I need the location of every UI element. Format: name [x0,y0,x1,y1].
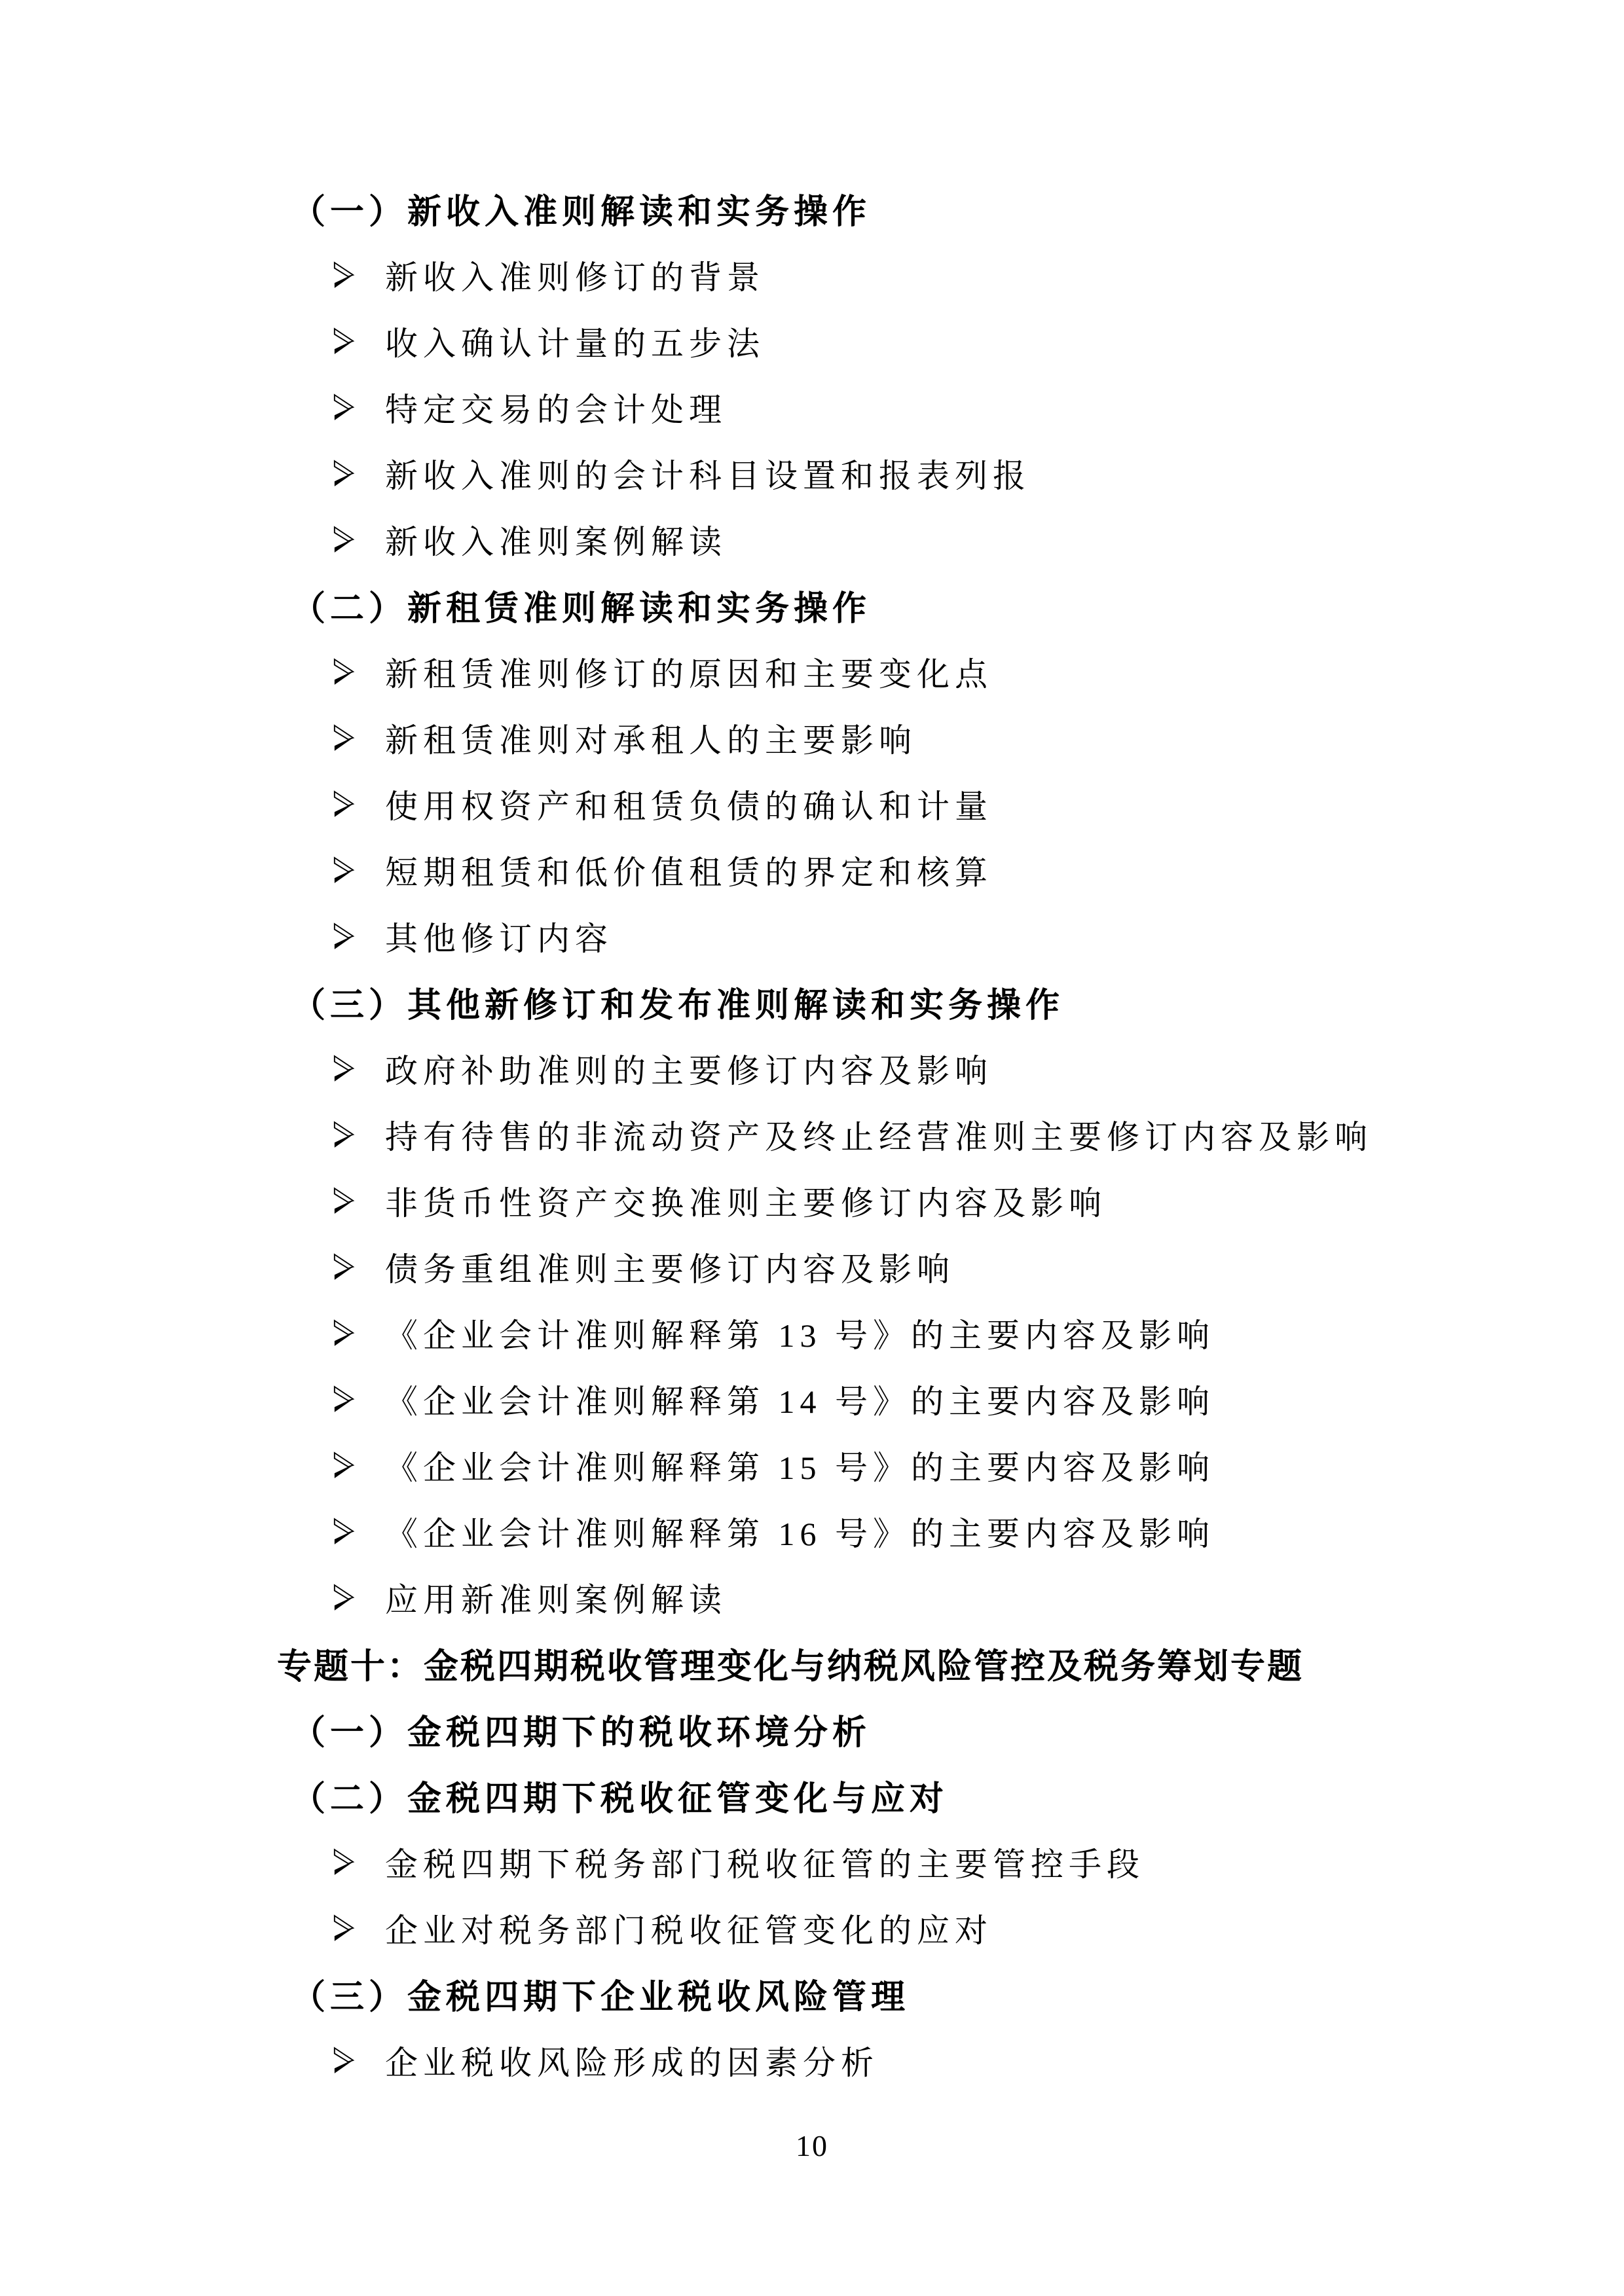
outline-item: 新租赁准则修订的原因和主要变化点 [0,638,1624,704]
outline-item-text: 使用权资产和租赁负债的确认和计量 [385,780,993,828]
section-heading-text: （一）新收入准则解读和实务操作 [291,184,871,233]
outline-item-text: 新收入准则案例解读 [385,516,727,563]
arrowhead-bullet-icon [333,1121,355,1148]
outline-item-text: 企业对税务部门税收征管变化的应对 [385,1904,993,1952]
outline-item: 《企业会计准则解释第 16 号》的主要内容及影响 [0,1498,1624,1564]
outline-item-text: 短期租赁和低价值租赁的界定和核算 [385,847,993,894]
section-heading-text: （三）其他新修订和发布准则解读和实务操作 [291,977,1064,1027]
section-heading: （三）金税四期下企业税收风险管理 [0,1961,1624,2027]
outline-content: （一）新收入准则解读和实务操作 新收入准则修订的背景 收入确认计量的五步法 特定… [0,0,1624,2093]
page-number: 10 [0,2126,1624,2166]
arrowhead-bullet-icon [333,1848,355,1876]
section-heading-text: （二）金税四期下税收征管变化与应对 [291,1771,948,1820]
section-heading: （二）金税四期下税收征管变化与应对 [0,1762,1624,1829]
document-page: （一）新收入准则解读和实务操作 新收入准则修订的背景 收入确认计量的五步法 特定… [0,0,1624,2296]
outline-item: 新收入准则案例解读 [0,506,1624,572]
outline-item-text: 金税四期下税务部门税收征管的主要管控手段 [385,1838,1145,1886]
outline-item: 《企业会计准则解释第 13 号》的主要内容及影响 [0,1300,1624,1366]
outline-item: 企业税收风险形成的因素分析 [0,2027,1624,2093]
outline-item-text: 非货币性资产交换准则主要修订内容及影响 [385,1177,1107,1224]
outline-item-text: 新收入准则的会计科目设置和报表列报 [385,450,1031,497]
section-heading-text: （一）金税四期下的税收环境分析 [291,1705,871,1754]
topic-heading-text: 专题十：金税四期税收管理变化与纳税风险管控及税务筹划专题 [277,1639,1304,1688]
arrowhead-bullet-icon [333,658,355,685]
section-heading-text: （二）新租赁准则解读和实务操作 [291,581,871,630]
arrowhead-bullet-icon [333,1385,355,1413]
outline-item: 新收入准则修订的背景 [0,242,1624,308]
arrowhead-bullet-icon [333,1518,355,1545]
arrowhead-bullet-icon [333,2047,355,2074]
outline-item-text: 《企业会计准则解释第 14 号》的主要内容及影响 [385,1376,1215,1423]
arrowhead-bullet-icon [333,1253,355,1281]
outline-item-text: 《企业会计准则解释第 15 号》的主要内容及影响 [385,1442,1215,1489]
outline-item: 应用新准则案例解读 [0,1564,1624,1630]
outline-item-text: 持有待售的非流动资产及终止经营准则主要修订内容及影响 [385,1111,1373,1158]
topic-heading: 专题十：金税四期税收管理变化与纳税风险管控及税务筹划专题 [0,1630,1624,1696]
section-heading: （一）金税四期下的税收环境分析 [0,1696,1624,1762]
outline-item: 金税四期下税务部门税收征管的主要管控手段 [0,1829,1624,1895]
arrowhead-bullet-icon [333,856,355,884]
outline-item-text: 其他修订内容 [385,913,613,960]
outline-item: 收入确认计量的五步法 [0,308,1624,374]
outline-item-text: 《企业会计准则解释第 13 号》的主要内容及影响 [385,1309,1215,1357]
arrowhead-bullet-icon [333,1319,355,1347]
outline-item: 《企业会计准则解释第 15 号》的主要内容及影响 [0,1432,1624,1498]
outline-item-text: 新收入准则修订的背景 [385,251,765,299]
outline-item: 其他修订内容 [0,903,1624,969]
outline-item: 短期租赁和低价值租赁的界定和核算 [0,837,1624,903]
outline-item-text: 应用新准则案例解读 [385,1574,727,1621]
outline-item: 新租赁准则对承租人的主要影响 [0,704,1624,771]
arrowhead-bullet-icon [333,724,355,752]
arrowhead-bullet-icon [333,922,355,950]
outline-item: 债务重组准则主要修订内容及影响 [0,1233,1624,1300]
arrowhead-bullet-icon [333,526,355,553]
arrowhead-bullet-icon [333,1451,355,1479]
outline-item: 《企业会计准则解释第 14 号》的主要内容及影响 [0,1366,1624,1432]
outline-item: 政府补助准则的主要修订内容及影响 [0,1035,1624,1101]
outline-item-text: 《企业会计准则解释第 16 号》的主要内容及影响 [385,1508,1215,1555]
arrowhead-bullet-icon [333,1187,355,1214]
arrowhead-bullet-icon [333,393,355,421]
outline-item-text: 新租赁准则修订的原因和主要变化点 [385,648,993,695]
outline-item-text: 收入确认计量的五步法 [385,318,765,365]
arrowhead-bullet-icon [333,1055,355,1082]
outline-item-text: 企业税收风险形成的因素分析 [385,2037,879,2084]
arrowhead-bullet-icon [333,460,355,487]
outline-item-text: 新租赁准则对承租人的主要影响 [385,714,917,761]
arrowhead-bullet-icon [333,1584,355,1611]
outline-item-text: 特定交易的会计处理 [385,384,727,431]
outline-item-text: 政府补助准则的主要修订内容及影响 [385,1045,993,1092]
arrowhead-bullet-icon [333,1914,355,1942]
outline-item: 持有待售的非流动资产及终止经营准则主要修订内容及影响 [0,1101,1624,1167]
section-heading: （一）新收入准则解读和实务操作 [0,175,1624,242]
outline-item: 使用权资产和租赁负债的确认和计量 [0,771,1624,837]
section-heading: （三）其他新修订和发布准则解读和实务操作 [0,969,1624,1035]
outline-item: 企业对税务部门税收征管变化的应对 [0,1895,1624,1961]
outline-item: 非货币性资产交换准则主要修订内容及影响 [0,1167,1624,1233]
section-heading-text: （三）金税四期下企业税收风险管理 [291,1969,910,2018]
arrowhead-bullet-icon [333,327,355,355]
outline-item-text: 债务重组准则主要修订内容及影响 [385,1243,955,1290]
outline-item: 新收入准则的会计科目设置和报表列报 [0,440,1624,506]
section-heading: （二）新租赁准则解读和实务操作 [0,572,1624,638]
arrowhead-bullet-icon [333,261,355,289]
arrowhead-bullet-icon [333,790,355,818]
outline-item: 特定交易的会计处理 [0,374,1624,440]
